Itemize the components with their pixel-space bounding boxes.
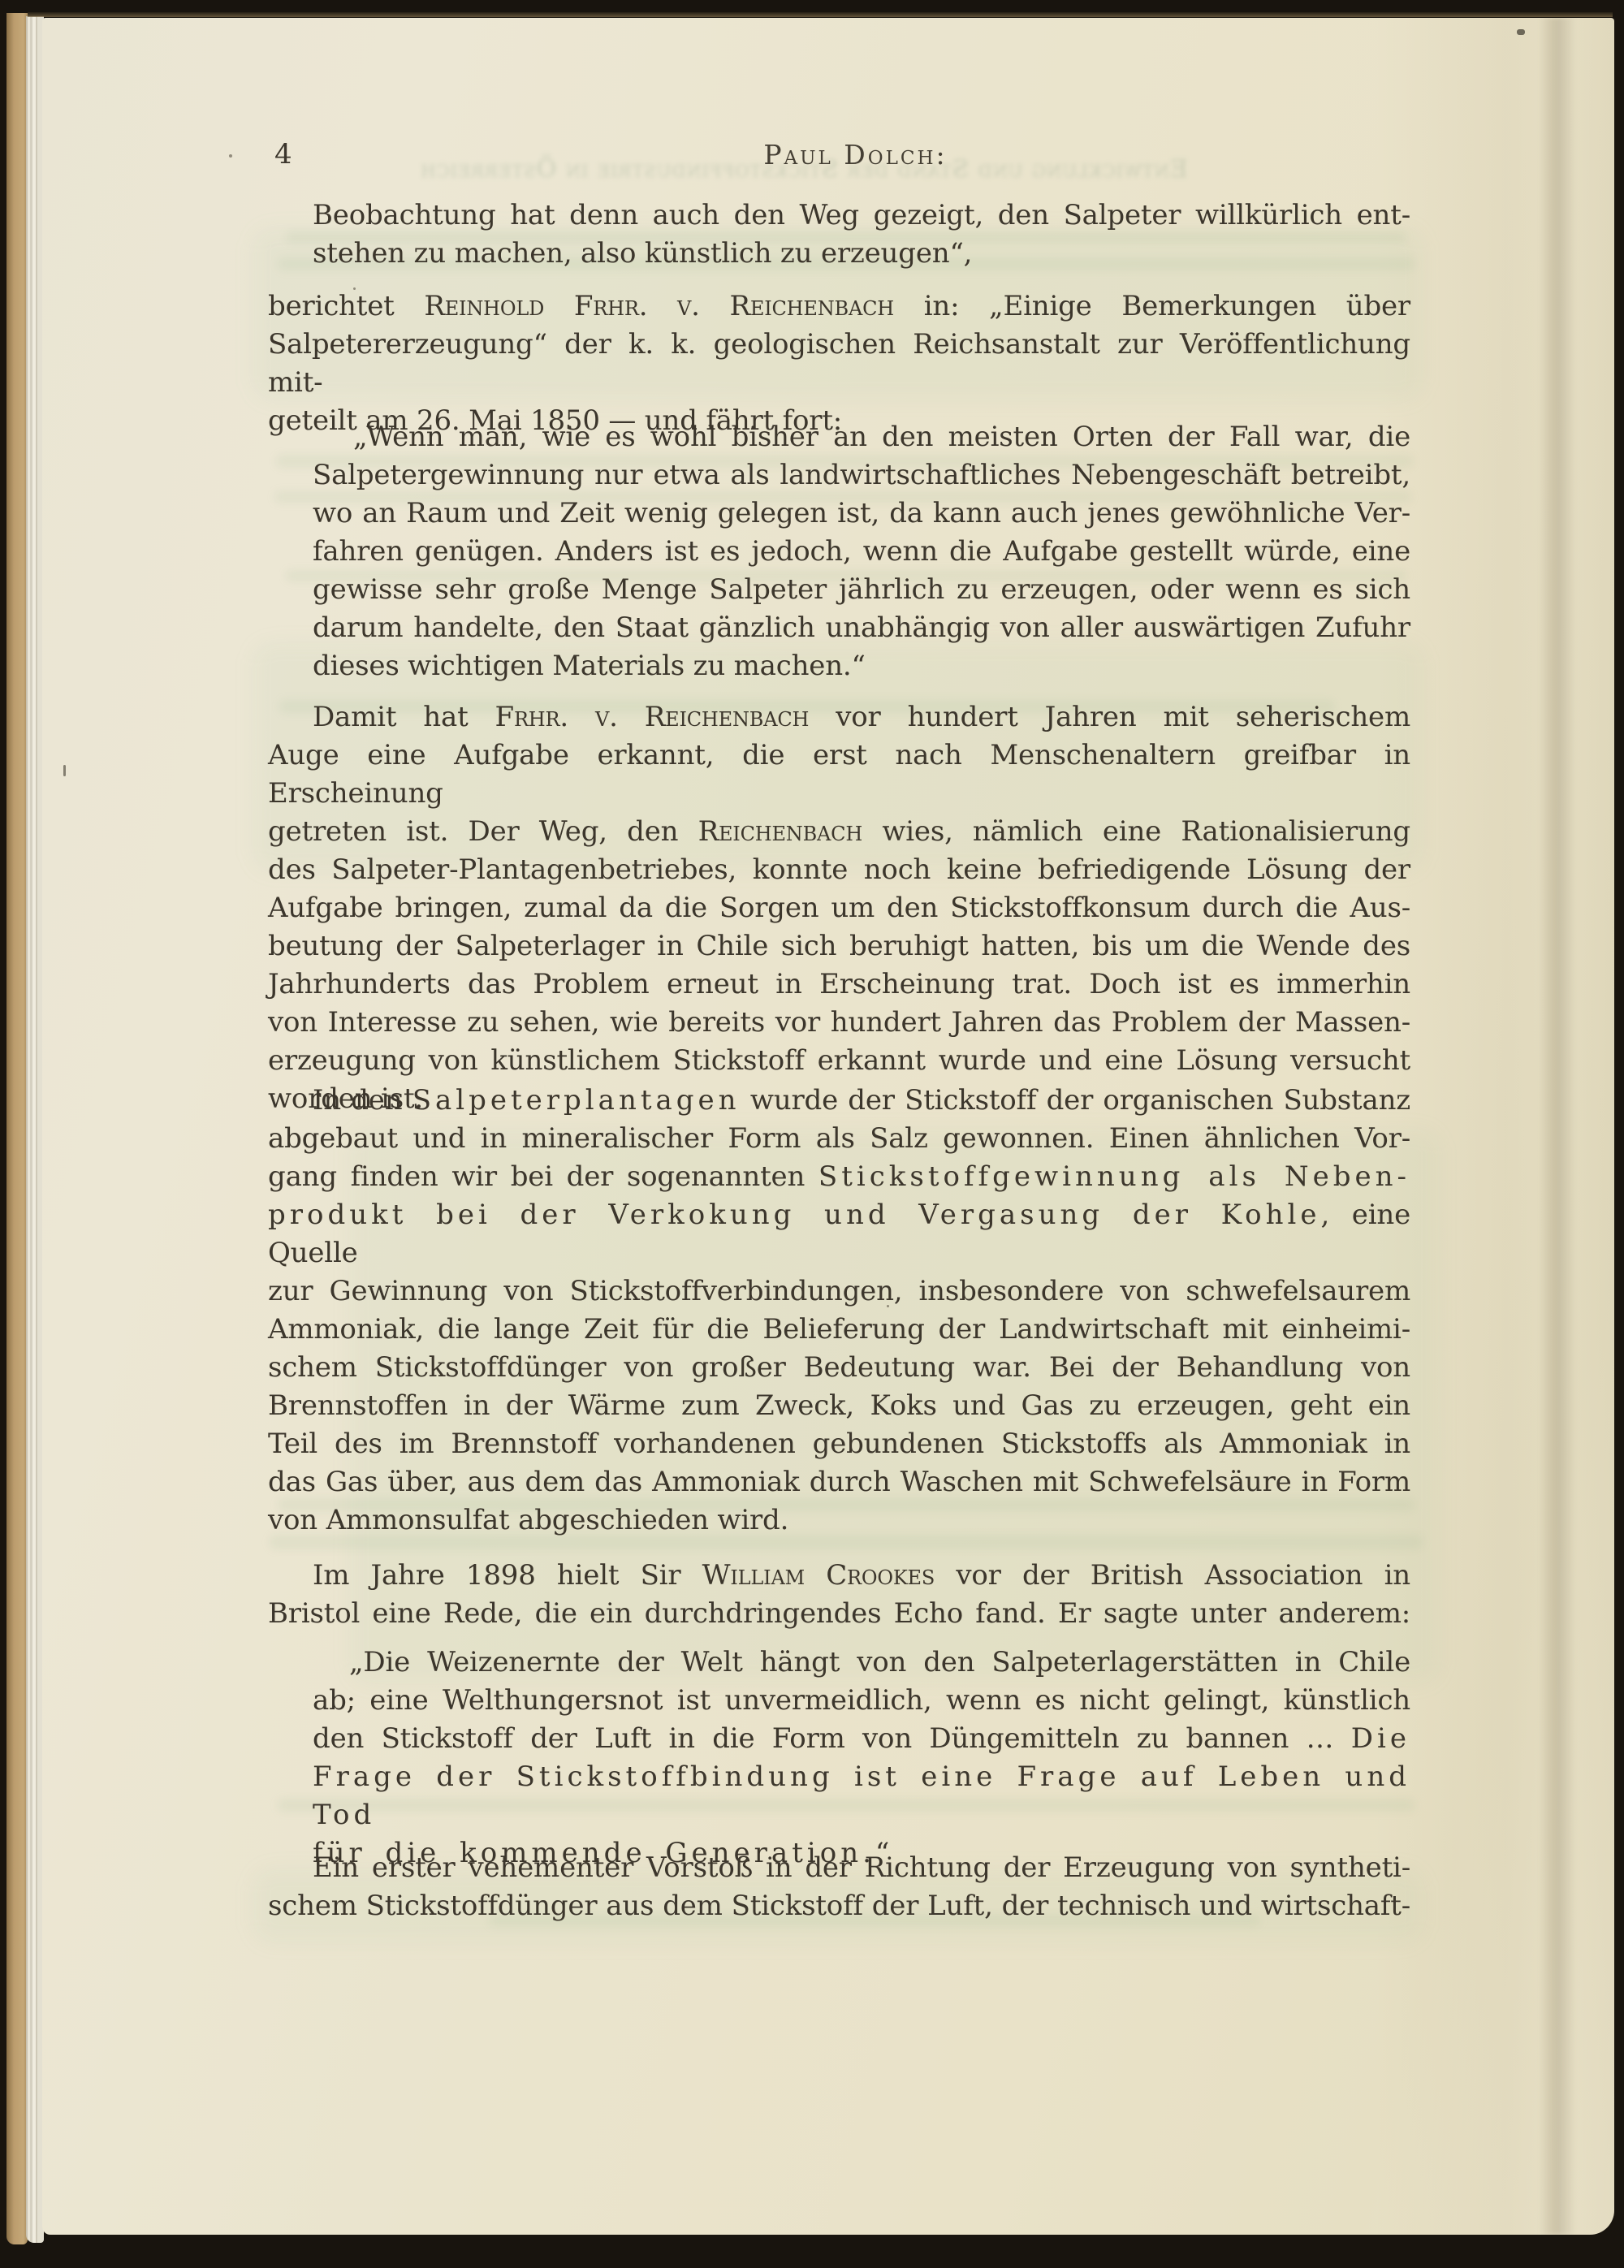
margin-mark [63, 765, 66, 776]
text-run: gewisse sehr große Menge Salpeter jährli… [313, 573, 1410, 606]
text-run: Brennstoffen in der Wärme zum Zweck, Kok… [268, 1389, 1410, 1422]
gutter-notch [1517, 29, 1525, 35]
text-line: Salpetergewinnung nur etwa als landwirts… [313, 456, 1410, 495]
text-line: dieses wichtigen Materials zu machen.“ [313, 647, 1410, 685]
reichenbach-blockquote: „Wenn man, wie es wohl bisher an den mei… [313, 418, 1410, 685]
smallcaps-name: Reinhold Frhr. v. Reichenbach [424, 290, 894, 322]
text-run: den Stickstoff der Luft in die Form von … [313, 1722, 1351, 1755]
book-page: Entwicklung und Stand der Stickstoffindu… [42, 18, 1614, 2235]
text-line: berichtet Reinhold Frhr. v. Reichenbach … [268, 287, 1410, 326]
letterspaced-emphasis: Salpeterplantagen [412, 1084, 741, 1117]
paragraph-hundert-jahre: Damit hat Frhr. v. Reichenbach vor hunde… [268, 698, 1410, 1118]
text-line: des Salpeter-Plantagenbetriebes, konnte … [268, 851, 1410, 889]
dust-speck [353, 287, 356, 290]
crookes-blockquote: „Die Weizenernte der Welt hängt von den … [313, 1644, 1410, 1873]
text-run: Salpetergewinnung nur etwa als landwirts… [313, 459, 1410, 491]
text-run: erzeugung von künstlichem Stickstoff erk… [268, 1044, 1410, 1077]
text-run: „Die Weizenernte der Welt hängt von den … [349, 1646, 1410, 1678]
dust-speck [887, 1305, 889, 1307]
text-run: in: „Einige Bemerkungen über [894, 290, 1410, 322]
text-line: Damit hat Frhr. v. Reichenbach vor hunde… [268, 698, 1410, 737]
text-run: wies, nämlich eine Rationalisierung [862, 815, 1410, 848]
text-line: erzeugung von künstlichem Stickstoff erk… [268, 1042, 1410, 1080]
smallcaps-name: William Crookes [702, 1559, 935, 1592]
text-run: In den [313, 1084, 412, 1117]
text-run: schem Stickstoffdünger von großer Bedeut… [268, 1351, 1410, 1384]
text-run: Beobachtung hat denn auch den Weg gezeig… [313, 199, 1410, 231]
page-stack-edges [26, 16, 44, 2243]
text-line: Brennstoffen in der Wärme zum Zweck, Kok… [268, 1387, 1410, 1425]
text-run: stehen zu machen, also künstlich zu erze… [313, 237, 972, 270]
book-scan: Entwicklung und Stand der Stickstoffindu… [0, 0, 1624, 2268]
text-run: das Gas über, aus dem das Ammoniak durch… [268, 1466, 1410, 1498]
text-line: zur Gewinnung von Stickstoffverbindungen… [268, 1272, 1410, 1311]
text-line: gang finden wir bei der sogenannten Stic… [268, 1158, 1410, 1196]
text-line: den Stickstoff der Luft in die Form von … [313, 1720, 1410, 1758]
text-run: darum handelte, den Staat gänzlich unabh… [313, 611, 1410, 644]
text-line: das Gas über, aus dem das Ammoniak durch… [268, 1463, 1410, 1501]
text-line: von Ammonsulfat abgeschieden wird. [268, 1501, 1410, 1540]
text-line: produkt bei der Verkokung und Vergasung … [268, 1196, 1410, 1272]
text-line: gewisse sehr große Menge Salpeter jährli… [313, 571, 1410, 609]
text-block: Beobachtung hat denn auch den Weg gezeig… [42, 18, 1614, 2235]
text-run: vor hundert Jahren mit seherischem [809, 701, 1410, 733]
text-line: von Interesse zu sehen, wie bereits vor … [268, 1004, 1410, 1042]
text-run: abgebaut und in mineralischer Form als S… [268, 1122, 1410, 1155]
text-run: Salpetererzeugung“ der k. k. geologische… [268, 328, 1410, 399]
text-line: Bristol eine Rede, die ein durchdringend… [268, 1595, 1410, 1633]
text-line: schem Stickstoffdünger von großer Bedeut… [268, 1349, 1410, 1387]
text-run: schem Stickstoffdünger aus dem Stickstof… [268, 1890, 1410, 1922]
text-run: beutung der Salpeterlager in Chile sich … [268, 930, 1410, 962]
text-line: schem Stickstoffdünger aus dem Stickstof… [268, 1887, 1410, 1925]
letterspaced-emphasis: Frage der Stickstoffbindung ist eine Fra… [313, 1760, 1410, 1831]
text-line: Aufgabe bringen, zumal da die Sorgen um … [268, 889, 1410, 927]
opening-quote-continuation: Beobachtung hat denn auch den Weg gezeig… [313, 197, 1410, 273]
paragraph-salpeterplantagen: In den Salpeterplantagen wurde der Stick… [268, 1082, 1410, 1540]
text-line: Jahrhunderts das Problem erneut in Ersch… [268, 966, 1410, 1004]
text-run: „Wenn man, wie es wohl bisher an den mei… [353, 421, 1410, 453]
text-run: Aufgabe bringen, zumal da die Sorgen um … [268, 892, 1410, 924]
text-run: Im Jahre 1898 hielt Sir [313, 1559, 702, 1592]
text-line: stehen zu machen, also künstlich zu erze… [313, 235, 1410, 273]
text-line: fahren genügen. Anders ist es jedoch, we… [313, 533, 1410, 571]
text-line: Frage der Stickstoffbindung ist eine Fra… [313, 1758, 1410, 1834]
text-run: Ammoniak, die lange Zeit für die Beliefe… [268, 1313, 1410, 1346]
text-run: zur Gewinnung von Stickstoffverbindungen… [268, 1275, 1410, 1307]
text-line: Salpetererzeugung“ der k. k. geologische… [268, 326, 1410, 402]
text-line: getreten ist. Der Weg, den Reichenbach w… [268, 813, 1410, 851]
text-run: wurde der Stickstoff der organischen Sub… [741, 1084, 1410, 1117]
text-run: getreten ist. Der Weg, den [268, 815, 698, 848]
smallcaps-name: Reichenbach [698, 815, 862, 848]
text-line: beutung der Salpeterlager in Chile sich … [268, 927, 1410, 966]
paragraph-crookes: Im Jahre 1898 hielt Sir William Crookes … [268, 1557, 1410, 1633]
text-line: abgebaut und in mineralischer Form als S… [268, 1120, 1410, 1158]
text-run: Damit hat [313, 701, 495, 733]
text-run: Auge eine Aufgabe erkannt, die erst nach… [268, 739, 1410, 810]
text-run: ab; eine Welthungersnot ist unvermeidlic… [313, 1684, 1410, 1717]
text-line: Auge eine Aufgabe erkannt, die erst nach… [268, 737, 1410, 813]
text-run: berichtet [268, 290, 424, 322]
narration-reichenbach-report: berichtet Reinhold Frhr. v. Reichenbach … [268, 287, 1410, 440]
text-run: Jahrhunderts das Problem erneut in Ersch… [268, 968, 1410, 1000]
text-line: Im Jahre 1898 hielt Sir William Crookes … [268, 1557, 1410, 1595]
paragraph-erster-vorstoss: Ein erster vehementer Vorstoß in der Ric… [268, 1849, 1410, 1925]
text-run: Bristol eine Rede, die ein durchdringend… [268, 1597, 1410, 1630]
text-run: fahren genügen. Anders ist es jedoch, we… [313, 535, 1410, 568]
text-line: ab; eine Welthungersnot ist unvermeidlic… [313, 1682, 1410, 1720]
text-run: vor der British Association in [935, 1559, 1410, 1592]
letterspaced-emphasis: Stickstoffgewinnung als Neben- [818, 1160, 1410, 1193]
letterspaced-emphasis: Die [1351, 1722, 1410, 1755]
text-run: wo an Raum und Zeit wenig gelegen ist, d… [313, 497, 1410, 529]
text-run: dieses wichtigen Materials zu machen.“ [313, 650, 866, 682]
text-line: Ammoniak, die lange Zeit für die Beliefe… [268, 1311, 1410, 1349]
letterspaced-emphasis: produkt bei der Verkokung und Vergasung … [268, 1199, 1333, 1231]
text-line: Ein erster vehementer Vorstoß in der Ric… [268, 1849, 1410, 1887]
dust-speck [229, 154, 232, 158]
gutter-shadow [1539, 18, 1576, 2235]
page-top-edge-shadow [28, 12, 1613, 17]
text-line: „Wenn man, wie es wohl bisher an den mei… [313, 418, 1410, 456]
book-cover-edge [6, 13, 28, 2244]
text-run: von Ammonsulfat abgeschieden wird. [268, 1504, 788, 1536]
text-run: Teil des im Brennstoff vorhandenen gebun… [268, 1428, 1410, 1460]
smallcaps-name: Frhr. v. Reichenbach [495, 701, 810, 733]
text-line: „Die Weizenernte der Welt hängt von den … [313, 1644, 1410, 1682]
text-line: Beobachtung hat denn auch den Weg gezeig… [313, 197, 1410, 235]
text-line: darum handelte, den Staat gänzlich unabh… [313, 609, 1410, 647]
text-run: des Salpeter-Plantagenbetriebes, konnte … [268, 853, 1410, 886]
text-line: wo an Raum und Zeit wenig gelegen ist, d… [313, 495, 1410, 533]
text-line: Teil des im Brennstoff vorhandenen gebun… [268, 1425, 1410, 1463]
text-line: In den Salpeterplantagen wurde der Stick… [268, 1082, 1410, 1120]
text-run: von Interesse zu sehen, wie bereits vor … [268, 1006, 1410, 1039]
text-run: Ein erster vehementer Vorstoß in der Ric… [313, 1851, 1410, 1884]
text-run: gang finden wir bei der sogenannten [268, 1160, 818, 1193]
